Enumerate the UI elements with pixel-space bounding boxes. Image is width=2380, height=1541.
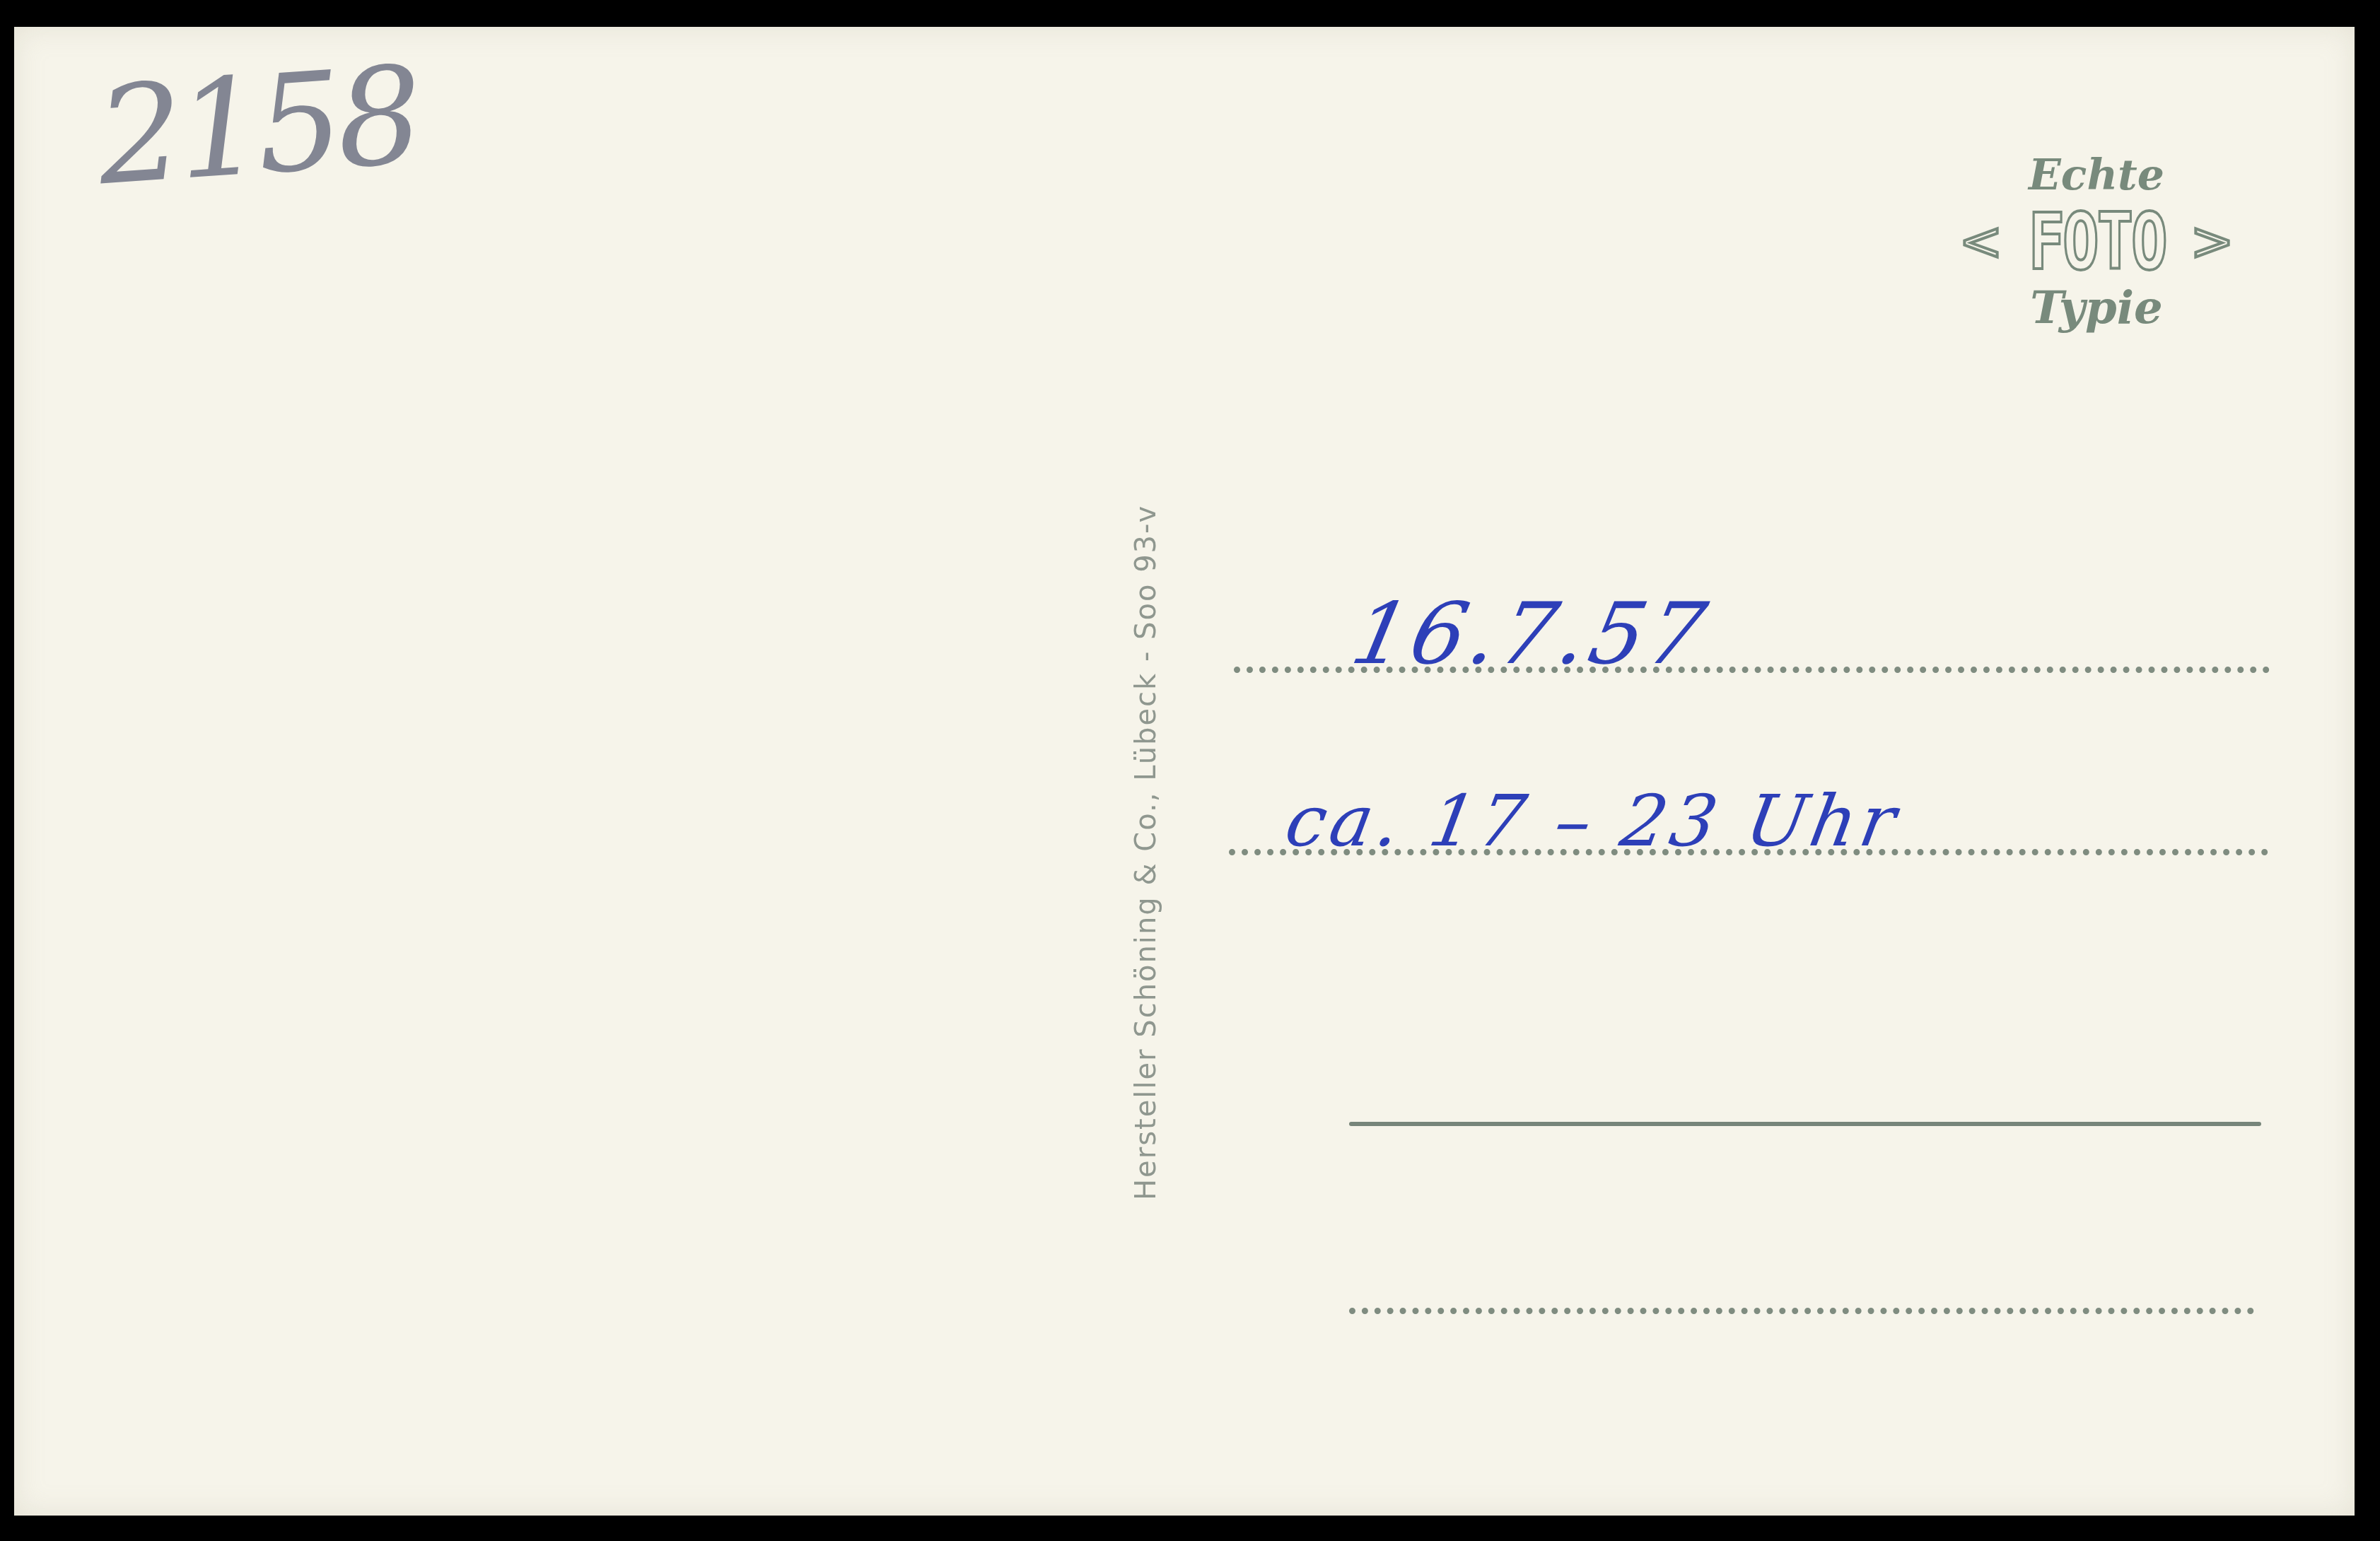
address-line-2 xyxy=(1229,849,2268,855)
address-line-3 xyxy=(1349,1122,2261,1126)
logo-top-word: Echte xyxy=(1944,151,2248,200)
logo-foto-row: < FOTO > xyxy=(1944,203,2248,281)
pencil-inventory-number: 2158 xyxy=(93,37,422,216)
publisher-imprint: Hersteller Schöning & Co., Lübeck - Soo … xyxy=(1130,505,1162,1200)
address-line-1 xyxy=(1234,667,2270,673)
echte-foto-typie-logo: Echte < FOTO > Typie xyxy=(1944,151,2248,370)
logo-center-word: FOTO xyxy=(2028,203,2165,281)
logo-bottom-word: Typie xyxy=(1944,283,2248,333)
address-line-4 xyxy=(1349,1308,2254,1314)
postcard-back: 2158 Echte < FOTO > Typie Hersteller Sch… xyxy=(14,27,2355,1516)
right-chevron-icon: > xyxy=(2190,210,2234,274)
left-chevron-icon: < xyxy=(1959,210,2003,274)
